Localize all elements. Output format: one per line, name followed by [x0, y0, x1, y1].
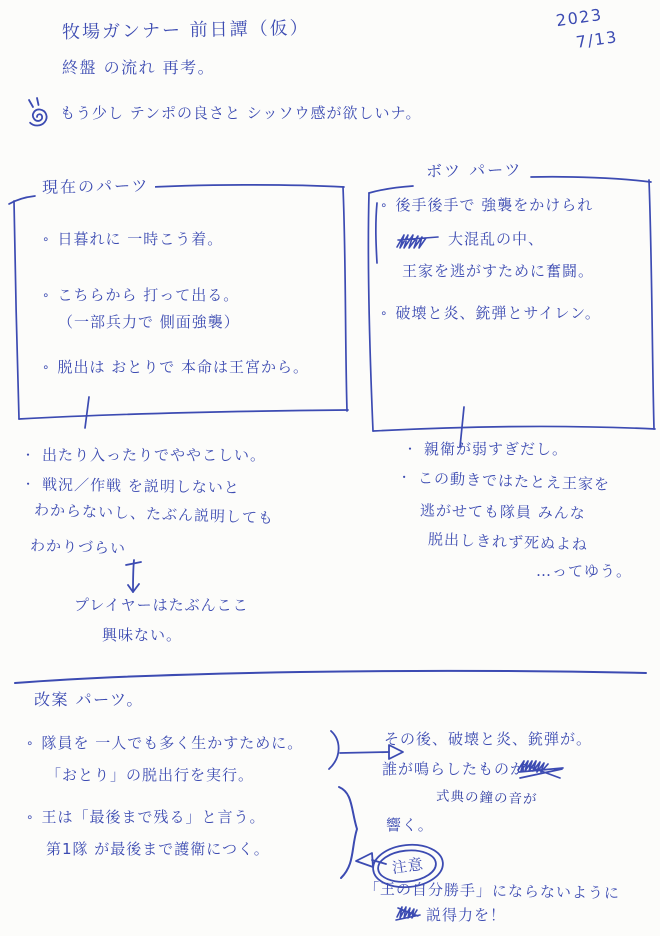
revision-item-1-text: 隊員を 一人でも多く生かすために。 — [42, 734, 304, 753]
rejected-item-1c: 王家を逃がすために奮闘。 — [402, 262, 594, 281]
page-subtitle: 終盤 の流れ 再考。 — [62, 58, 215, 78]
current-critique-1: ・ 出たり入ったりでややこしい。 — [22, 446, 266, 465]
current-item-2b-text: （一部兵力で 側面強襲） — [58, 313, 240, 332]
current-item-3: ∘ 脱出は おとりで 本命は王宮から。 — [42, 358, 309, 377]
caution-note-1: 「王の自分勝手」にならないように — [364, 880, 620, 903]
caution-note-2: 説得力を！ — [426, 906, 506, 925]
page-title: 牧場ガンナー 前日譚（仮） — [62, 18, 310, 45]
current-box-title-text: 現在のパーツ — [42, 176, 150, 197]
bullet-icon: ∘ — [380, 198, 389, 213]
rejected-critique-2: ・ この動きではたとえ王家を — [398, 468, 611, 494]
current-critique-6: 興味ない。 — [102, 626, 182, 645]
aftermath-insert: 式典の鐘の音が — [436, 788, 538, 808]
revision-heading: 改案 パーツ。 — [34, 690, 144, 710]
current-critique-2-text: 戦況／作戦 を説明しないと — [42, 475, 240, 497]
current-item-2b: （一部兵力で 側面強襲） — [58, 313, 240, 332]
rejected-item-2: ∘ 破壊と炎、銃弾とサイレン。 — [380, 304, 601, 323]
current-item-3-text: 脱出は おとりで 本命は王宮から。 — [58, 358, 310, 377]
caution-label: 注意 — [391, 855, 425, 878]
revision-heading-text: 改案 パーツ。 — [34, 690, 144, 710]
aftermath-insert-text: 式典の鐘の音が — [436, 788, 538, 808]
rejected-item-1c-text: 王家を逃がすために奮闘。 — [402, 262, 594, 281]
caution-label-text: 注意 — [391, 855, 425, 878]
handwritten-note-page: 牧場ガンナー 前日譚（仮） 2023 7/13 終盤 の流れ 再考。 もう少し … — [0, 0, 660, 936]
rejected-critique-1: ・ 親衛が弱すぎだし。 — [404, 440, 568, 459]
rejected-critique-5: …ってゆう。 — [536, 562, 632, 581]
header-note-text: もう少し テンポの良さと シッソウ感が欲しいナ。 — [60, 104, 421, 123]
aftermath-1: その後、破壊と炎、銃弾が。 — [384, 730, 592, 749]
caution-pointer-arrow — [356, 853, 386, 867]
caution-note-2-text: 説得力を！ — [426, 906, 506, 925]
scribble-crossout-3 — [396, 907, 420, 920]
rejected-critique-3: 逃がせても隊員 みんな — [420, 502, 586, 524]
revision-item-2: ∘ 王は「最後まで残る」と言う。 — [26, 808, 266, 827]
rejected-item-1-text: 後手後手で 強襲をかけられ — [396, 196, 594, 215]
dot-bullet-icon: ・ — [22, 477, 35, 492]
caution-note-1-text: 「王の自分勝手」にならないように — [364, 880, 620, 903]
date-day: 7/13 — [575, 27, 619, 53]
bullet-icon: ∘ — [26, 810, 35, 825]
rejected-box-title-text: ボツ パーツ — [426, 160, 523, 181]
current-box-tick — [85, 397, 89, 428]
bullet-icon: ∘ — [42, 288, 51, 303]
bullet-icon: ∘ — [42, 360, 51, 375]
current-critique-5: プレイヤーはたぶんここ — [74, 596, 249, 615]
revision-item-1b-text: 「おとり」の脱出行を実行。 — [46, 766, 254, 785]
spiral-doodle-icon — [29, 98, 47, 125]
aftermath-3-text: 響く。 — [386, 816, 434, 835]
current-item-1-text: 日暮れに 一時こう着。 — [58, 230, 224, 249]
scribble-crossout-1 — [397, 235, 438, 248]
current-item-2: ∘ こちらから 打って出る。 — [42, 286, 239, 305]
date-day-text: 7/13 — [575, 27, 619, 53]
current-critique-1-text: 出たり入ったりでややこしい。 — [42, 446, 266, 465]
rejected-item-1b: 大混乱の中、 — [448, 230, 544, 249]
date-year: 2023 — [555, 5, 604, 31]
dot-bullet-icon: ・ — [22, 448, 35, 463]
revision-item-2b-text: 第1隊 が最後まで護衛につく。 — [46, 840, 270, 859]
rejected-critique-3-text: 逃がせても隊員 みんな — [420, 502, 586, 524]
rejected-item-1b-text: 大混乱の中、 — [448, 230, 544, 249]
bullet-icon: ∘ — [380, 306, 389, 321]
date-year-text: 2023 — [555, 5, 604, 31]
down-arrow — [126, 560, 141, 592]
rejected-critique-2-text: この動きではたとえ王家を — [418, 469, 611, 494]
current-critique-4-text: わかりづらい — [30, 536, 127, 558]
current-critique-6-text: 興味ない。 — [102, 626, 182, 645]
current-item-2-text: こちらから 打って出る。 — [58, 286, 240, 305]
aftermath-3: 響く。 — [386, 816, 434, 835]
header-note: もう少し テンポの良さと シッソウ感が欲しいナ。 — [60, 104, 421, 123]
revision-item-1: ∘ 隊員を 一人でも多く生かすために。 — [26, 734, 303, 753]
current-critique-4: わかりづらい — [30, 536, 127, 558]
bullet-icon: ∘ — [26, 736, 35, 751]
current-critique-5-text: プレイヤーはたぶんここ — [74, 596, 249, 615]
revision-item-1b: 「おとり」の脱出行を実行。 — [46, 766, 254, 785]
rejected-critique-1-text: 親衛が弱すぎだし。 — [424, 440, 568, 459]
ink-strokes-layer — [0, 0, 660, 936]
aftermath-1-text: その後、破壊と炎、銃弾が。 — [384, 730, 592, 749]
revision-item-2-text: 王は「最後まで残る」と言う。 — [42, 808, 266, 827]
page-subtitle-text: 終盤 の流れ 再考。 — [62, 58, 215, 78]
current-critique-3: わからないし、たぶん説明しても — [34, 501, 275, 528]
current-critique-2: ・ 戦況／作戦 を説明しないと — [22, 475, 240, 498]
dot-bullet-icon: ・ — [404, 442, 417, 457]
bullet-icon: ∘ — [42, 232, 51, 247]
revision-item-2b: 第1隊 が最後まで護衛につく。 — [46, 840, 270, 859]
aftermath-2: 誰が鳴らしたものか — [382, 760, 526, 779]
rejected-critique-5-text: …ってゆう。 — [536, 562, 632, 581]
rejected-critique-4-text: 脱出しきれず死ぬよね — [428, 530, 589, 554]
current-box-title: 現在のパーツ — [36, 173, 156, 198]
rejected-item-1: ∘ 後手後手で 強襲をかけられ — [380, 196, 593, 215]
curly-brace — [339, 787, 357, 878]
section-divider — [15, 671, 646, 683]
current-item-1: ∘ 日暮れに 一時こう着。 — [42, 230, 223, 249]
rejected-box-title: ボツ パーツ — [420, 157, 529, 182]
aftermath-2-text: 誰が鳴らしたものか — [382, 760, 526, 779]
current-critique-3-text: わからないし、たぶん説明しても — [34, 501, 275, 528]
rejected-item-2-text: 破壊と炎、銃弾とサイレン。 — [396, 304, 601, 323]
page-title-text: 牧場ガンナー 前日譚（仮） — [62, 18, 310, 45]
dot-bullet-icon: ・ — [398, 470, 412, 485]
rejected-critique-4: 脱出しきれず死ぬよね — [428, 530, 589, 554]
